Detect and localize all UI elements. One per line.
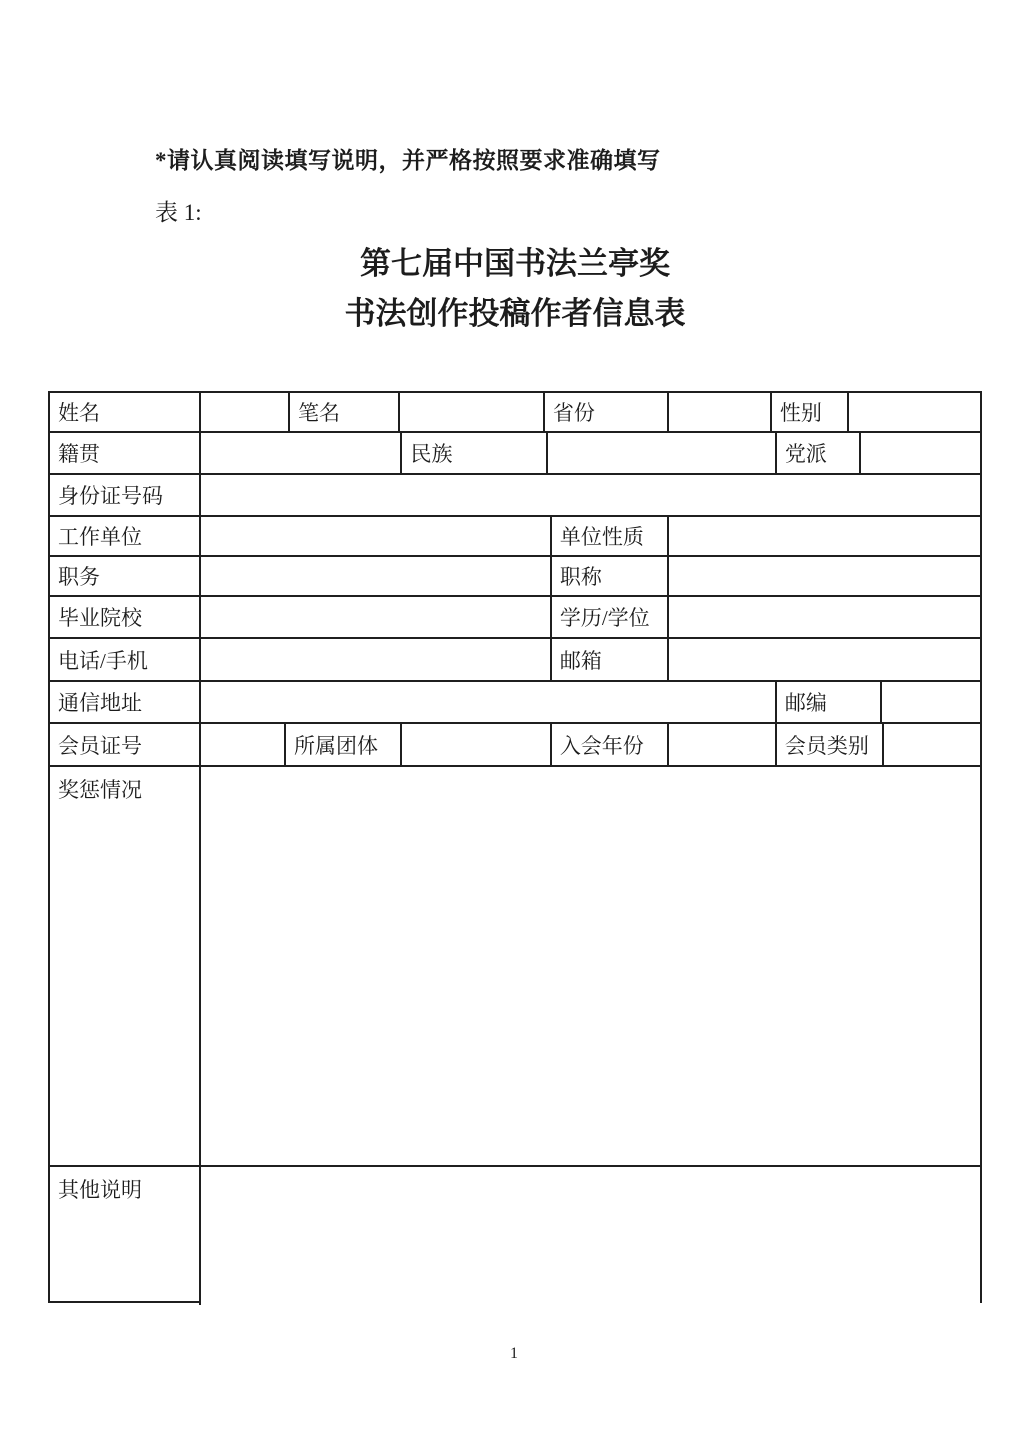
form-title-line2: 书法创作投稿作者信息表 — [48, 288, 982, 333]
phone-input[interactable] — [201, 639, 551, 682]
form-title-line1: 第七届中国书法兰亭奖 — [48, 238, 982, 283]
affiliated-group-input[interactable] — [402, 724, 551, 767]
table-row: 奖惩情况 — [50, 767, 980, 1167]
email-label: 邮箱 — [552, 639, 669, 682]
alma-mater-label: 毕业院校 — [50, 597, 201, 639]
awards-penalties-input[interactable] — [201, 767, 980, 1167]
mailing-address-label: 通信地址 — [50, 682, 201, 724]
membership-category-label: 会员类别 — [777, 724, 885, 767]
phone-label: 电话/手机 — [50, 639, 201, 682]
postal-code-label: 邮编 — [777, 682, 883, 724]
position-input[interactable] — [201, 557, 551, 597]
table-row: 其他说明 — [50, 1167, 980, 1305]
table-row: 会员证号所属团体入会年份会员类别 — [50, 724, 980, 767]
native-place-input[interactable] — [201, 433, 402, 475]
table-row: 通信地址邮编 — [50, 682, 980, 724]
education-degree-label: 学历/学位 — [552, 597, 669, 639]
table-row: 电话/手机邮箱 — [50, 639, 980, 682]
employer-input[interactable] — [201, 517, 551, 557]
education-degree-input[interactable] — [669, 597, 980, 639]
name-input[interactable] — [201, 393, 290, 433]
table-row: 姓名笔名省份性别 — [50, 393, 980, 433]
ethnicity-input[interactable] — [548, 433, 777, 475]
table-row: 籍贯民族党派 — [50, 433, 980, 475]
awards-penalties-label: 奖惩情况 — [50, 767, 201, 1167]
join-year-input[interactable] — [669, 724, 777, 767]
professional-title-input[interactable] — [669, 557, 980, 597]
employer-label: 工作单位 — [50, 517, 201, 557]
author-info-table: 姓名笔名省份性别籍贯民族党派身份证号码工作单位单位性质职务职称毕业院校学历/学位… — [48, 391, 982, 1303]
id-number-label: 身份证号码 — [50, 475, 201, 517]
instruction-note: *请认真阅读填写说明，并严格按照要求准确填写 — [155, 142, 661, 175]
membership-number-input[interactable] — [201, 724, 286, 767]
mailing-address-input[interactable] — [201, 682, 777, 724]
page-number: 1 — [0, 1345, 1028, 1363]
position-label: 职务 — [50, 557, 201, 597]
gender-label: 性别 — [772, 393, 849, 433]
pen-name-input[interactable] — [400, 393, 544, 433]
employer-type-label: 单位性质 — [552, 517, 669, 557]
native-place-label: 籍贯 — [50, 433, 201, 475]
join-year-label: 入会年份 — [552, 724, 669, 767]
other-notes-label: 其他说明 — [50, 1167, 201, 1305]
party-label: 党派 — [777, 433, 862, 475]
gender-input[interactable] — [849, 393, 981, 433]
province-input[interactable] — [669, 393, 772, 433]
membership-number-label: 会员证号 — [50, 724, 201, 767]
affiliated-group-label: 所属团体 — [286, 724, 403, 767]
table-row: 毕业院校学历/学位 — [50, 597, 980, 639]
ethnicity-label: 民族 — [402, 433, 547, 475]
email-input[interactable] — [669, 639, 980, 682]
employer-type-input[interactable] — [669, 517, 980, 557]
province-label: 省份 — [545, 393, 669, 433]
membership-category-input[interactable] — [884, 724, 980, 767]
other-notes-input[interactable] — [201, 1167, 980, 1305]
table-row: 工作单位单位性质 — [50, 517, 980, 557]
table-number-label: 表 1: — [155, 194, 202, 227]
postal-code-input[interactable] — [882, 682, 980, 724]
pen-name-label: 笔名 — [290, 393, 401, 433]
alma-mater-input[interactable] — [201, 597, 551, 639]
party-input[interactable] — [861, 433, 980, 475]
table-row: 身份证号码 — [50, 475, 980, 517]
professional-title-label: 职称 — [552, 557, 669, 597]
table-row: 职务职称 — [50, 557, 980, 597]
id-number-input[interactable] — [201, 475, 980, 517]
name-label: 姓名 — [50, 393, 201, 433]
